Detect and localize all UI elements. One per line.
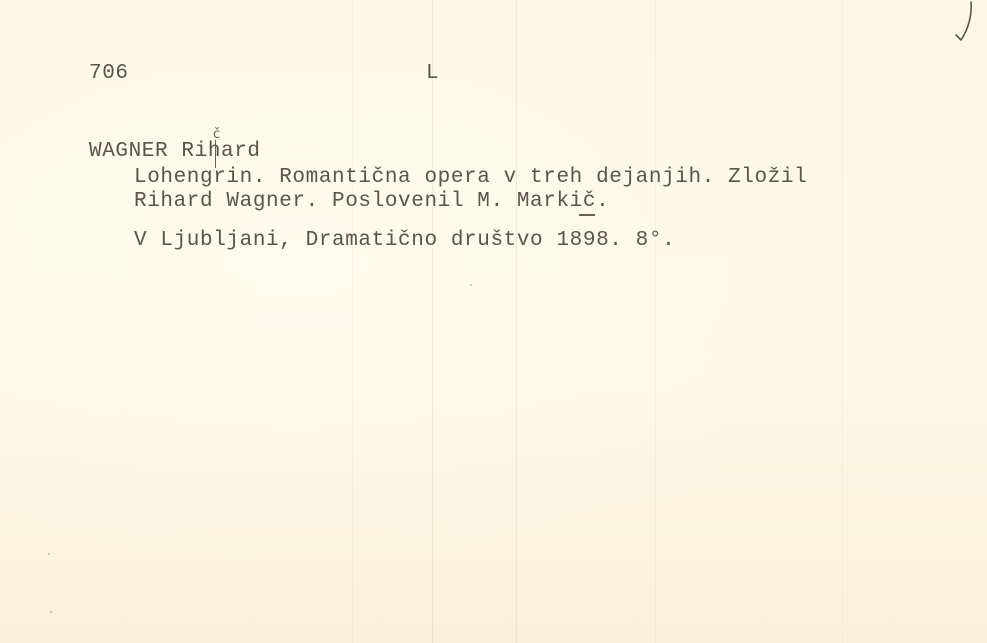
paper-fiber-line — [516, 0, 517, 643]
paper-fiber-line — [432, 0, 433, 643]
call-number: 706 — [89, 62, 129, 86]
check-mark-icon — [945, 0, 975, 46]
title-statement-line-2: Rihard Wagner. Poslovenil M. Markič. — [134, 190, 609, 214]
author-heading: WAGNER Rihard — [89, 140, 261, 164]
imprint-statement: V Ljubljani, Dramatično društvo 1898. 8°… — [134, 229, 675, 253]
paper-fiber-line — [352, 0, 353, 643]
paper-fiber-line — [655, 0, 656, 643]
location-mark: L — [426, 62, 439, 86]
paper-speck — [48, 553, 50, 555]
paper-speck — [50, 611, 52, 613]
title-statement-line-1: Lohengrin. Romantična opera v treh dejan… — [134, 166, 807, 190]
catalog-card: 706 L č WAGNER Rihard Lohengrin. Romanti… — [0, 0, 987, 643]
paper-speck — [470, 284, 472, 286]
paper-fiber-line — [842, 0, 843, 643]
handwritten-underline — [579, 214, 595, 216]
